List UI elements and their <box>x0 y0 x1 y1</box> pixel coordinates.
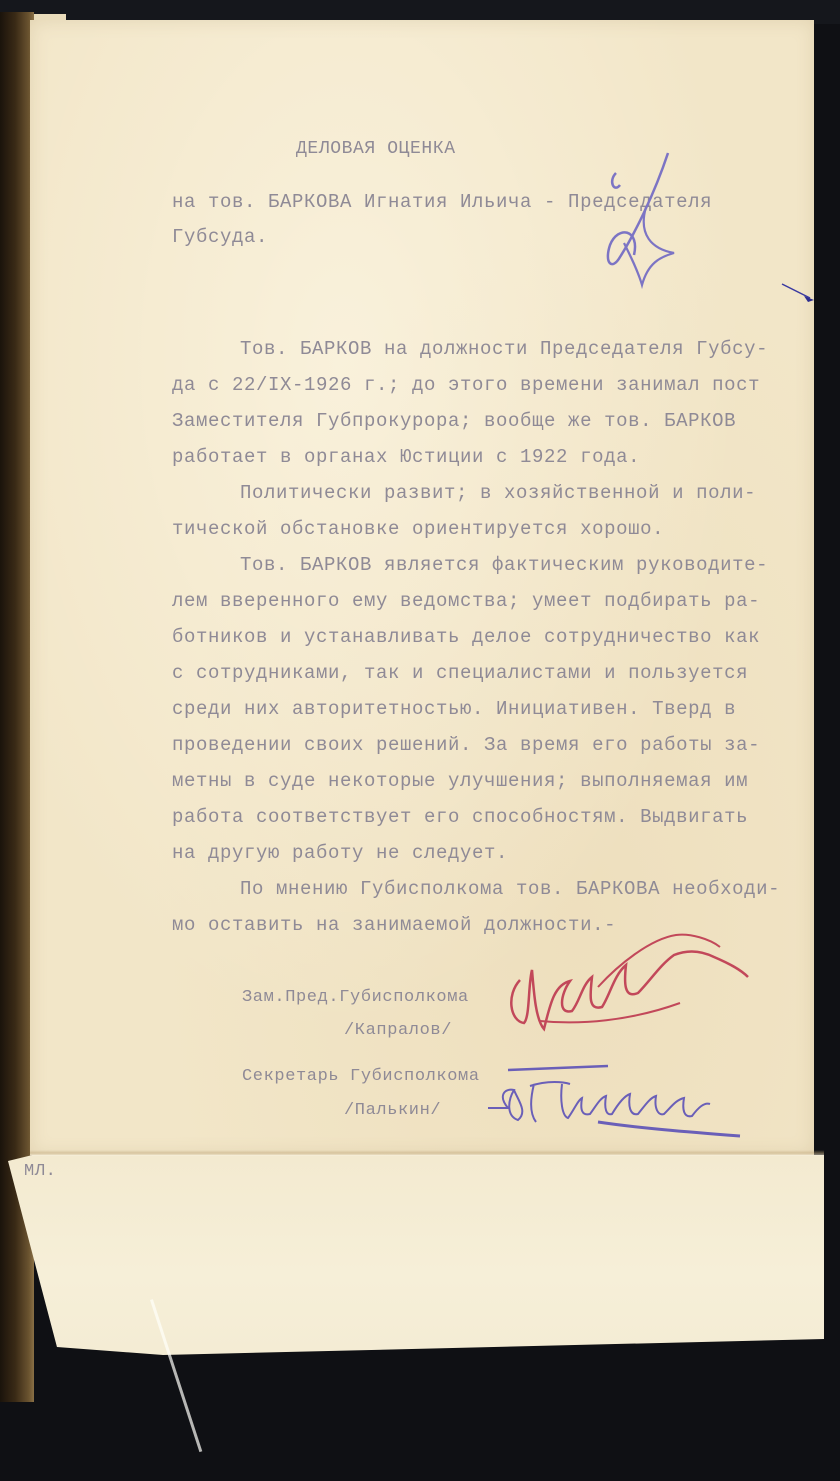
signature-red <box>500 925 750 1045</box>
signatory-2-position: Секретарь Губисполкома <box>242 1068 480 1085</box>
document-sheet-folded-bottom <box>8 1155 824 1355</box>
signatory-1-name: /Капралов/ <box>344 1022 452 1039</box>
signatory-2-name: /Палькин/ <box>344 1102 441 1119</box>
document-title: ДЕЛОВАЯ ОЦЕНКА <box>296 140 456 158</box>
body-line: работает в органах Юстиции с 1922 года. <box>172 448 640 467</box>
body-line: да с 22/IX-1926 г.; до этого времени зан… <box>172 376 760 395</box>
body-line: на другую работу не следует. <box>172 844 508 863</box>
subject-line-2: Губсуда. <box>172 228 268 247</box>
pencil-mark-edge <box>780 280 820 310</box>
body-line: Тов. БАРКОВ на должности Председателя Гу… <box>240 340 768 359</box>
signature-violet <box>478 1060 748 1140</box>
body-line: Политически развит; в хозяйственной и по… <box>240 484 756 503</box>
body-line: среди них авторитетностью. Инициативен. … <box>172 700 736 719</box>
paper-fold-line <box>30 1150 824 1156</box>
body-line: Заместителя Губпрокурора; вообще же тов.… <box>172 412 736 431</box>
body-line: с сотрудниками, так и специалистами и по… <box>172 664 748 683</box>
typist-initials: МЛ. <box>24 1163 56 1180</box>
body-line: По мнению Губисполкома тов. БАРКОВА необ… <box>240 880 780 899</box>
body-line: лем вверенного ему ведомства; умеет подб… <box>172 592 760 611</box>
body-line: метны в суде некоторые улучшения; выполн… <box>172 772 748 791</box>
handwritten-number-mark <box>590 145 700 295</box>
body-line: тической обстановке ориентируется хорошо… <box>172 520 664 539</box>
body-line: ботников и устанавливать делое сотруднич… <box>172 628 760 647</box>
body-line: работа соответствует его способностям. В… <box>172 808 748 827</box>
signatory-1-position: Зам.Пред.Губисполкома <box>242 989 469 1006</box>
body-line: проведении своих решений. За время его р… <box>172 736 760 755</box>
body-line: Тов. БАРКОВ является фактическим руковод… <box>240 556 768 575</box>
